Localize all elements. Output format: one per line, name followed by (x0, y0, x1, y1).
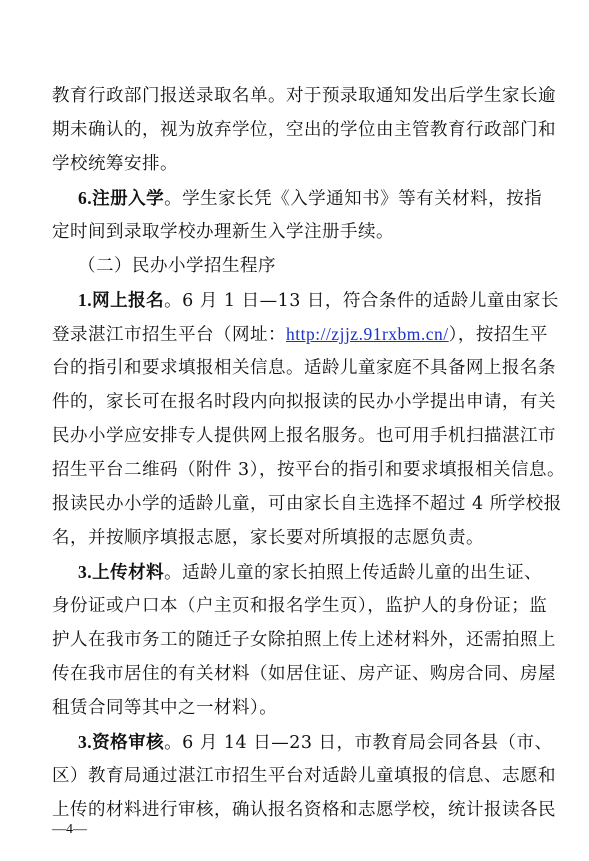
platform-url-link[interactable]: http://zjjz.91rxbm.cn/ (286, 324, 449, 344)
paragraph-line: 区）教育局通过湛江市招生平台对适龄儿童填报的信息、志愿和 (52, 764, 542, 788)
item-title: 注册入学 (92, 188, 164, 208)
item-text: 。适龄儿童的家长拍照上传适龄儿童的出生证、 (164, 563, 542, 583)
paragraph-line: 租赁合同等其中之一材料）。 (52, 696, 542, 720)
paragraph-line: 定时间到录取学校办理新生入学注册手续。 (52, 220, 542, 244)
item-number: 1. (78, 290, 92, 310)
paragraph-line: 民办小学应安排专人提供网上报名服务。也可用手机扫描湛江市 (52, 424, 542, 448)
section-heading: （二）民办小学招生程序 (78, 254, 542, 278)
paragraph-line: 上传的材料进行审核，确认报名资格和志愿学校，统计报读各民 (52, 798, 542, 822)
paragraph-line: 身份证或户口本（户主页和报名学生页），监护人的身份证；监 (52, 594, 542, 618)
item-number: 3. (78, 732, 92, 752)
page-number: —4— (52, 822, 87, 838)
item-number: 3. (78, 562, 92, 582)
paragraph-line: 传在我市居住的有关材料（如居住证、房产证、购房合同、房屋 (52, 662, 542, 686)
item-number: 6. (78, 188, 92, 208)
paragraph-line: 护人在我市务工的随迁子女除拍照上传上述材料外，还需拍照上 (52, 628, 542, 652)
line-text: ），按招生平 (449, 325, 548, 345)
paragraph-line: 登录湛江市招生平台（网址：http://zjjz.91rxbm.cn/），按招生… (52, 322, 542, 347)
paragraph-line: 教育行政部门报送录取名单。对于预录取通知发出后学生家长逾 (52, 84, 542, 108)
paragraph-line: 学校统筹安排。 (52, 152, 542, 176)
line-text: 登录湛江市招生平台（网址： (52, 325, 286, 345)
paragraph-line: 名，并按顺序填报志愿，家长要对所填报的志愿负责。 (52, 526, 542, 550)
paragraph-line: 期未确认的，视为放弃学位，空出的学位由主管教育行政部门和 (52, 118, 542, 142)
item-text: 。6 月 14 日—23 日，市教育局会同各县（市、 (164, 733, 552, 753)
item-text: 。学生家长凭《入学通知书》等有关材料，按指 (164, 189, 542, 209)
paragraph-line: 件的，家长可在报名时段内向拟报读的民办小学提出申请，有关 (52, 390, 542, 414)
paragraph-line: 报读民办小学的适龄儿童，可由家长自主选择不超过 4 所学校报 (52, 492, 542, 516)
paragraph-line: 台的指引和要求填报相关信息。适龄儿童家庭不具备网上报名条 (52, 356, 542, 380)
section-item-1: 1.网上报名。6 月 1 日—13 日，符合条件的适龄儿童由家长 (78, 288, 542, 313)
section-item-3-review: 3.资格审核。6 月 14 日—23 日，市教育局会同各县（市、 (78, 730, 542, 755)
section-item-6: 6.注册入学。学生家长凭《入学通知书》等有关材料，按指 (78, 186, 542, 211)
item-text: 。6 月 1 日—13 日，符合条件的适龄儿童由家长 (164, 291, 559, 311)
item-title: 上传材料 (92, 562, 164, 582)
item-title: 资格审核 (92, 732, 164, 752)
section-item-3-upload: 3.上传材料。适龄儿童的家长拍照上传适龄儿童的出生证、 (78, 560, 542, 585)
item-title: 网上报名 (92, 290, 164, 310)
document-page: 教育行政部门报送录取名单。对于预录取通知发出后学生家长逾 期未确认的，视为放弃学… (0, 0, 589, 861)
paragraph-line: 招生平台二维码（附件 3），按平台的指引和要求填报相关信息。 (52, 458, 542, 482)
